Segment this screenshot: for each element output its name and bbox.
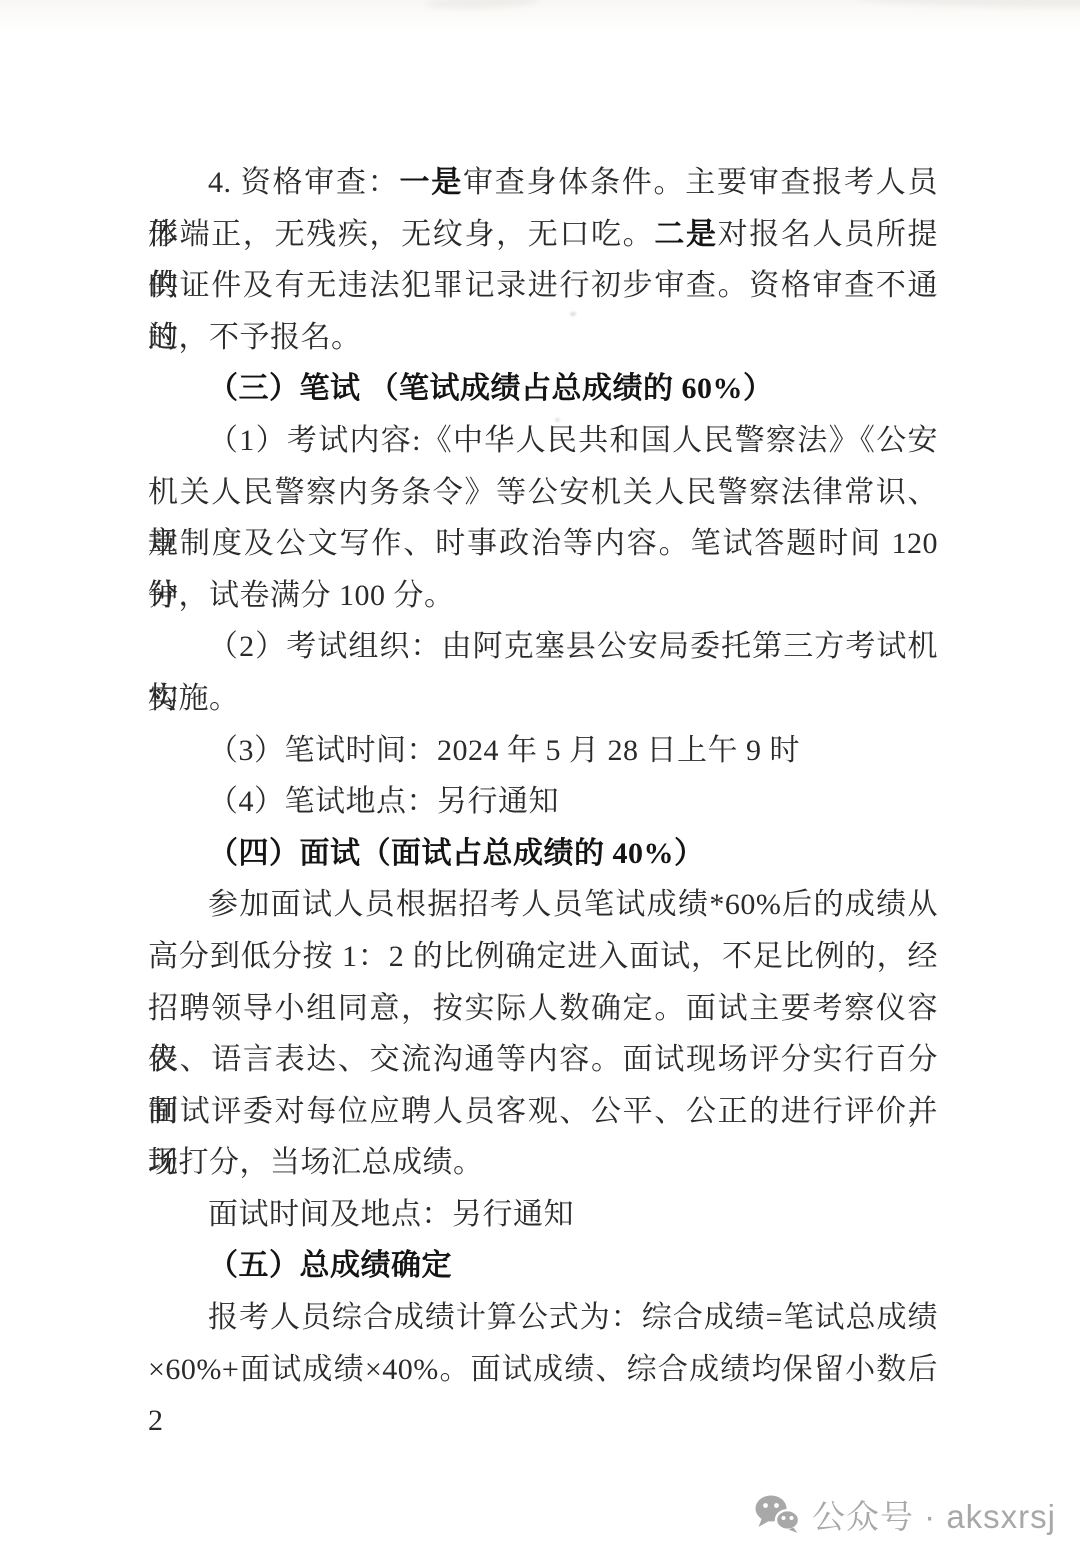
text-segment: 参加面试人员根据招考人员笔试成绩*60%后的成绩从 <box>208 888 938 921</box>
text-segment: ×60%+面试成绩×40%。面试成绩、综合成绩均保留小数后 2 <box>148 1353 938 1438</box>
text-segment: 二是 <box>654 218 717 251</box>
document-line: 的，不予报名。 <box>148 312 938 364</box>
document-line: 钟，试卷满分 100 分。 <box>148 570 938 622</box>
text-segment: 报考人员综合成绩计算公式为：综合成绩=笔试总成绩 <box>208 1301 938 1334</box>
document-line: ×60%+面试成绩×40%。面试成绩、综合成绩均保留小数后 2 <box>148 1344 938 1396</box>
document-line: 实施。 <box>148 673 938 725</box>
document-line: 机关人民警察内务条令》等公安机关人民警察法律常识、规 <box>148 467 938 519</box>
text-segment: （四）面试（面试占总成绩的 40%） <box>208 837 705 870</box>
document-line: 4. 资格审查：一是审查身体条件。主要审查报考人员体 <box>148 157 938 209</box>
document-line: 表、语言表达、交流沟通等内容。面试现场评分实行百分制， <box>148 1034 938 1086</box>
document-line: （4）笔试地点：另行通知 <box>148 776 938 828</box>
text-segment: （3）笔试时间：2024 年 5 月 28 日上午 9 时 <box>208 734 800 767</box>
scan-artifact <box>425 0 540 10</box>
text-segment: 高分到低分按 1：2 的比例确定进入面试，不足比例的，经 <box>148 940 938 973</box>
text-segment: 钟，试卷满分 100 分。 <box>148 579 455 612</box>
document-line: 参加面试人员根据招考人员笔试成绩*60%后的成绩从 <box>148 879 938 931</box>
text-segment: 场打分，当场汇总成绩。 <box>148 1146 484 1179</box>
document-line: 招聘领导小组同意，按实际人数确定。面试主要考察仪容仪 <box>148 983 938 1035</box>
document-line: 高分到低分按 1：2 的比例确定进入面试，不足比例的，经 <box>148 931 938 983</box>
section-heading: （三）笔试 （笔试成绩占总成绩的 60%） <box>148 363 938 415</box>
text-segment: 一是 <box>400 166 464 199</box>
scan-artifact <box>855 0 1080 10</box>
section-heading: （五）总成绩确定 <box>148 1240 938 1292</box>
document-line: 的证件及有无违法犯罪记录进行初步审查。资格审查不通过 <box>148 260 938 312</box>
text-segment: （五）总成绩确定 <box>208 1249 452 1282</box>
text-segment: 面试时间及地点：另行通知 <box>208 1198 574 1231</box>
document-line: 章制度及公文写作、时事政治等内容。笔试答题时间 120 分 <box>148 518 938 570</box>
document-line: 报考人员综合成绩计算公式为：综合成绩=笔试总成绩 <box>148 1292 938 1344</box>
document-line: （1）考试内容:《中华人民共和国人民警察法》《公安 <box>148 415 938 467</box>
document-line: 面试评委对每位应聘人员客观、公平、公正的进行评价并现 <box>148 1086 938 1138</box>
document-line: 场打分，当场汇总成绩。 <box>148 1137 938 1189</box>
document-page: 4. 资格审查：一是审查身体条件。主要审查报考人员体形端正，无残疾，无纹身，无口… <box>0 0 1080 1556</box>
document-line: （3）笔试时间：2024 年 5 月 28 日上午 9 时 <box>148 725 938 777</box>
text-segment: （1）考试内容:《中华人民共和国人民警察法》《公安 <box>208 424 938 457</box>
wechat-icon <box>754 1494 800 1534</box>
text-segment: 的，不予报名。 <box>148 321 362 354</box>
text-segment: （4）笔试地点：另行通知 <box>208 785 559 818</box>
text-segment: 形端正，无残疾，无纹身，无口吃。 <box>148 218 654 251</box>
text-segment: 4. 资格审查： <box>208 166 400 199</box>
text-segment: 实施。 <box>148 682 240 715</box>
watermark: 公众号 · aksxrsj <box>754 1490 1056 1538</box>
document-body: 4. 资格审查：一是审查身体条件。主要审查报考人员体形端正，无残疾，无纹身，无口… <box>148 157 938 1395</box>
section-heading: （四）面试（面试占总成绩的 40%） <box>148 828 938 880</box>
document-line: 形端正，无残疾，无纹身，无口吃。二是对报名人员所提供 <box>148 209 938 261</box>
text-segment: （三）笔试 （笔试成绩占总成绩的 60%） <box>208 372 774 405</box>
watermark-label: 公众号 · aksxrsj <box>812 1491 1056 1538</box>
document-line: 面试时间及地点：另行通知 <box>148 1189 938 1241</box>
document-line: （2）考试组织：由阿克塞县公安局委托第三方考试机构 <box>148 621 938 673</box>
